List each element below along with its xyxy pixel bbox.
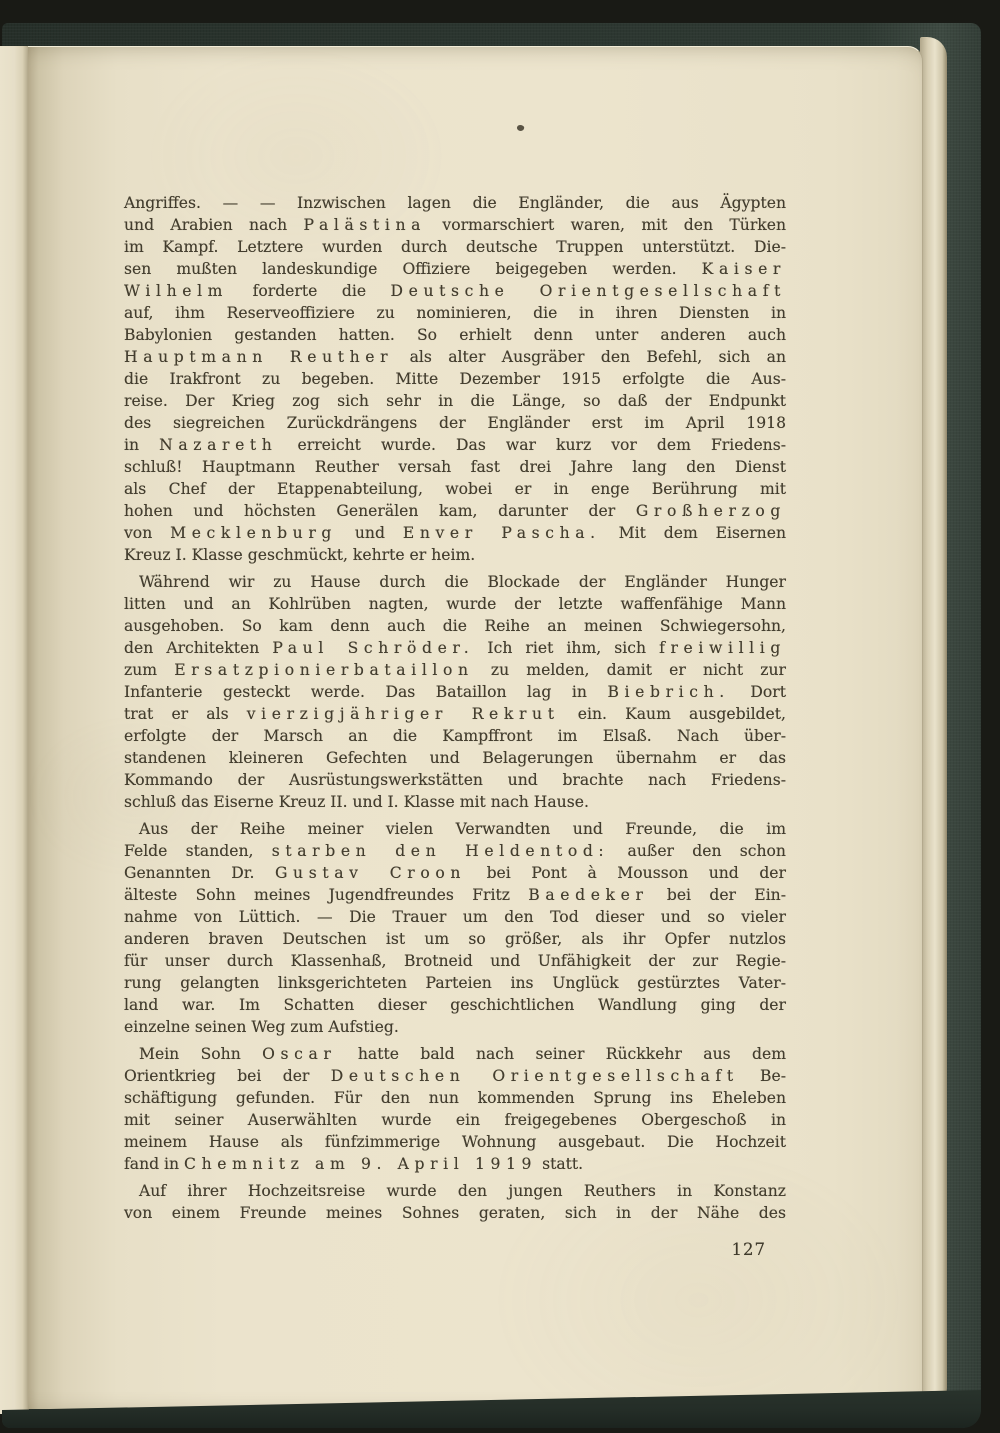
- text-line: ausgehoben. So kam denn auch die Reihe a…: [124, 615, 786, 637]
- text-line: Genannten Dr. Gustav Croon bei Pont à Mo…: [124, 862, 786, 884]
- text-line: Auf ihrer Hochzeitsreise wurde den junge…: [124, 1180, 786, 1202]
- letterspaced-text: Deutschen Orientgesellschaft: [331, 1067, 739, 1085]
- text-line: die Irakfront zu begeben. Mitte Dezember…: [124, 368, 786, 390]
- text-line: Babylonien gestanden hatten. So erhielt …: [124, 324, 786, 346]
- letterspaced-text: Kaiser: [702, 260, 786, 278]
- text-line: trat er als vierzigjähriger Rekrut ein. …: [124, 703, 786, 725]
- text-line: Felde standen, starben den Heldentod: au…: [124, 840, 786, 862]
- text-line: den Architekten Paul Schröder. Ich riet …: [124, 637, 786, 659]
- letterspaced-text: Baedeker: [528, 886, 648, 904]
- letterspaced-text: Ersatzpionierbataillon: [174, 661, 473, 679]
- text-line: von einem Freunde meines Sohnes geraten,…: [124, 1202, 786, 1224]
- text-line: des siegreichen Zurückdrängens der Englä…: [124, 412, 786, 434]
- text-line: für unser durch Klassenhaß, Brotneid und…: [124, 950, 786, 972]
- text-line: mit seiner Auserwählten wurde ein freige…: [124, 1109, 786, 1131]
- letterspaced-text: Biebrich.: [607, 683, 729, 701]
- text-line: anderen braven Deutschen ist um so größe…: [124, 928, 786, 950]
- text-line: standenen kleineren Gefechten und Belage…: [124, 747, 786, 769]
- page-fore-edge: [920, 37, 947, 1402]
- letterspaced-text: Nazareth: [159, 436, 277, 454]
- letterspaced-text: Gustav Croon: [275, 864, 466, 882]
- text-line: von Mecklenburg und Enver Pascha. Mit de…: [124, 522, 786, 544]
- book-scan: Angriffes. — — Inzwischen lagen die Engl…: [0, 0, 1000, 1433]
- text-line: schluß das Eiserne Kreuz II. und I. Klas…: [124, 791, 786, 813]
- letterspaced-text: Mecklenburg: [170, 524, 337, 542]
- text-line: und Arabien nach Palästina vormarschiert…: [124, 214, 786, 236]
- facing-page-edge: [0, 46, 29, 1414]
- text-line: Kreuz I. Klasse geschmückt, kehrte er he…: [124, 544, 786, 566]
- text-line: auf, ihm Reserveoffiziere zu nominieren,…: [124, 302, 786, 324]
- text-line: einzelne seinen Weg zum Aufstieg.: [124, 1016, 786, 1038]
- text-line: Während wir zu Hause durch die Blockade …: [124, 571, 786, 593]
- text-line: Infanterie gesteckt werde. Das Bataillon…: [124, 681, 786, 703]
- text-line: erfolgte der Marsch an die Kampffront im…: [124, 725, 786, 747]
- text-line: litten und an Kohlrüben nagten, wurde de…: [124, 593, 786, 615]
- text-line: rung gelangten linksgerichteten Parteien…: [124, 972, 786, 994]
- text-line: land war. Im Schatten dieser geschichtli…: [124, 994, 786, 1016]
- text-line: nahme von Lüttich. — Die Trauer um den T…: [124, 906, 786, 928]
- letterspaced-text: freiwillig: [659, 639, 786, 657]
- text-line: Orientkrieg bei der Deutschen Orientgese…: [124, 1065, 786, 1087]
- text-line: hohen und höchsten Generälen kam, darunt…: [124, 500, 786, 522]
- text-line: zum Ersatzpionierbataillon zu melden, da…: [124, 659, 786, 681]
- text-line: fand in Chemnitz am 9. April 1919 statt.: [124, 1153, 786, 1175]
- text-line: Kommando der Ausrüstungswerkstätten und …: [124, 769, 786, 791]
- text-line: Aus der Reihe meiner vielen Verwandten u…: [124, 818, 786, 840]
- text-line: Angriffes. — — Inzwischen lagen die Engl…: [124, 192, 786, 214]
- text-line: schluß! Hauptmann Reuther versah fast dr…: [124, 456, 786, 478]
- page-number: 127: [600, 1237, 766, 1263]
- letterspaced-text: Paul Schröder.: [272, 639, 474, 657]
- text-line: in Nazareth erreicht wurde. Das war kurz…: [124, 434, 786, 456]
- letterspaced-text: starben den Heldentod:: [272, 842, 610, 860]
- text-block: Angriffes. — — Inzwischen lagen die Engl…: [124, 192, 786, 1224]
- text-line: als Chef der Etappenabteilung, wobei er …: [124, 478, 786, 500]
- letterspaced-text: Großherzog: [636, 502, 786, 520]
- text-line: schäftigung gefunden. Für den nun kommen…: [124, 1087, 786, 1109]
- letterspaced-text: Hauptmann Reuther: [124, 348, 393, 366]
- text-line: Mein Sohn Oscar hatte bald nach seiner R…: [124, 1043, 786, 1065]
- text-line: meinem Hause als fünfzimmerige Wohnung a…: [124, 1131, 786, 1153]
- letterspaced-text: Wilhelm: [124, 282, 228, 300]
- letterspaced-text: vierzigjähriger Rekrut: [247, 705, 560, 723]
- text-line: reise. Der Krieg zog sich sehr in die Lä…: [124, 390, 786, 412]
- letterspaced-text: Palästina: [304, 216, 427, 234]
- text-line: Wilhelm forderte die Deutsche Orientgese…: [124, 280, 786, 302]
- letterspaced-text: Deutsche Orientgesellschaft: [391, 282, 786, 300]
- text-line: sen mußten landeskundige Offiziere beige…: [124, 258, 786, 280]
- text-line: im Kampf. Letztere wurden durch deutsche…: [124, 236, 786, 258]
- letterspaced-text: Enver Pascha.: [403, 524, 601, 542]
- text-line: älteste Sohn meines Jugendfreundes Fritz…: [124, 884, 786, 906]
- letterspaced-text: Oscar: [262, 1045, 336, 1063]
- text-line: Hauptmann Reuther als alter Ausgräber de…: [124, 346, 786, 368]
- letterspaced-text: Chemnitz am 9. April 1919: [184, 1155, 537, 1173]
